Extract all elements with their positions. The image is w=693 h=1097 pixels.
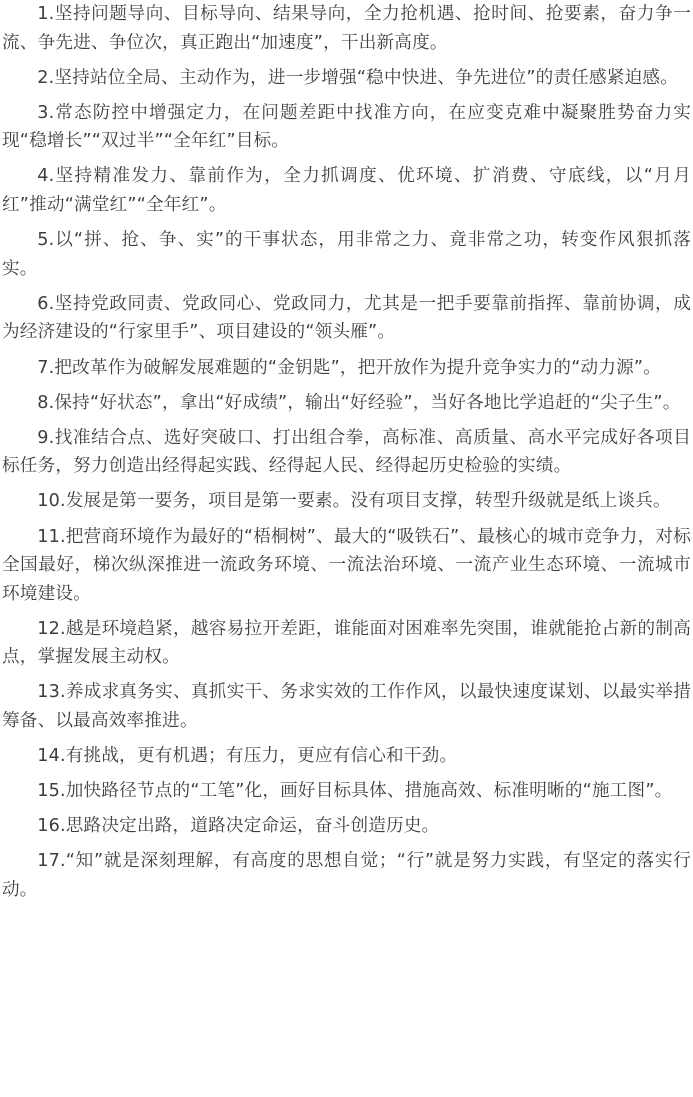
paragraph-2: 2.坚持站位全局、主动作为，进一步增强“稳中快进、争先进位”的责任感紧迫感。 xyxy=(2,64,691,93)
paragraph-15: 15.加快路径节点的“工笔”化，画好目标具体、措施高效、标准明晰的“施工图”。 xyxy=(2,777,691,806)
paragraph-14: 14.有挑战，更有机遇；有压力，更应有信心和干劲。 xyxy=(2,742,691,771)
paragraph-1: 1.坚持问题导向、目标导向、结果导向，全力抢机遇、抢时间、抢要素，奋力争一流、争… xyxy=(2,0,691,57)
paragraph-3: 3.常态防控中增强定力，在问题差距中找准方向，在应变克难中凝聚胜势奋力实现“稳增… xyxy=(2,99,691,156)
paragraph-8: 8.保持“好状态”，拿出“好成绩”，输出“好经验”，当好各地比学追赶的“尖子生”… xyxy=(2,389,691,418)
paragraph-7: 7.把改革作为破解发展难题的“金钥匙”，把开放作为提升竞争实力的“动力源”。 xyxy=(2,354,691,383)
paragraph-17: 17.“知”就是深刻理解，有高度的思想自觉；“行”就是努力实践，有坚定的落实行动… xyxy=(2,847,691,904)
paragraph-9: 9.找准结合点、选好突破口、打出组合拳，高标准、高质量、高水平完成好各项目标任务… xyxy=(2,424,691,481)
paragraph-5: 5.以“拼、抢、争、实”的干事状态，用非常之力、竟非常之功，转变作风狠抓落实。 xyxy=(2,226,691,283)
article-body: 1.坚持问题导向、目标导向、结果导向，全力抢机遇、抢时间、抢要素，奋力争一流、争… xyxy=(0,0,693,905)
paragraph-4: 4.坚持精准发力、靠前作为，全力抓调度、优环境、扩消费、守底线，以“月月红”推动… xyxy=(2,162,691,219)
paragraph-10: 10.发展是第一要务，项目是第一要素。没有项目支撑，转型升级就是纸上谈兵。 xyxy=(2,487,691,516)
paragraph-16: 16.思路决定出路，道路决定命运，奋斗创造历史。 xyxy=(2,812,691,841)
paragraph-11: 11.把营商环境作为最好的“梧桐树”、最大的“吸铁石”、最核心的城市竞争力，对标… xyxy=(2,523,691,609)
paragraph-12: 12.越是环境趋紧，越容易拉开差距，谁能面对困难率先突围，谁就能抢占新的制高点，… xyxy=(2,615,691,672)
paragraph-13: 13.养成求真务实、真抓实干、务求实效的工作作风，以最快速度谋划、以最实举措筹备… xyxy=(2,678,691,735)
paragraph-6: 6.坚持党政同责、党政同心、党政同力，尤其是一把手要靠前指挥、靠前协调，成为经济… xyxy=(2,290,691,347)
